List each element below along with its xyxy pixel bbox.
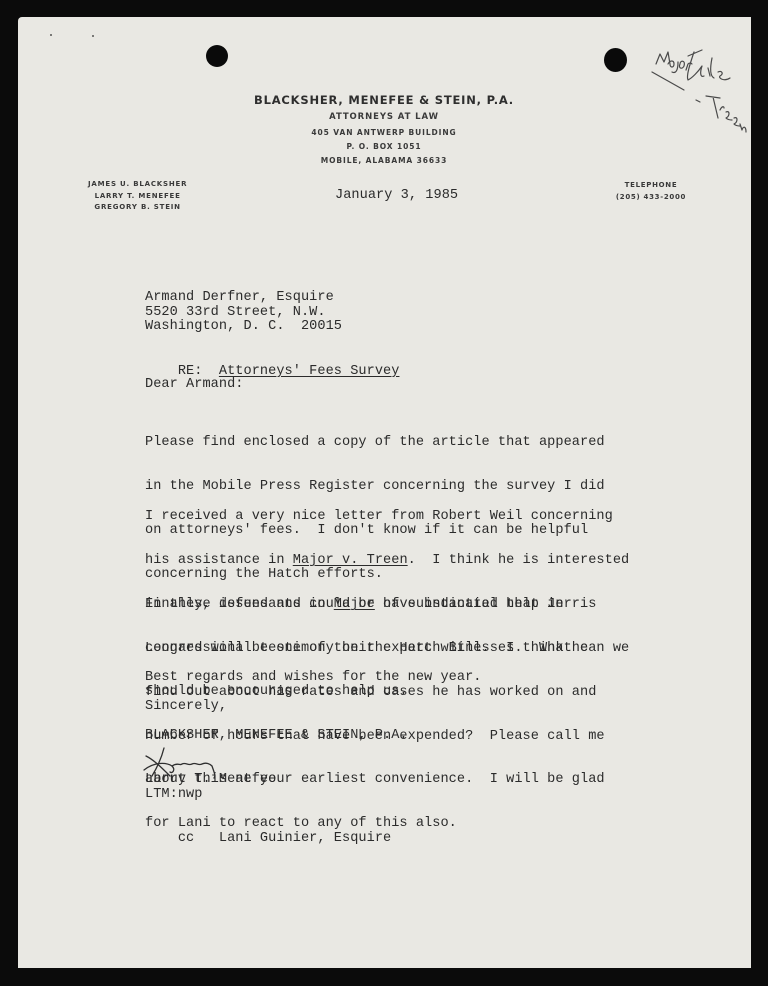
case-name-major-v-treen: Major v. Treen — [293, 553, 408, 568]
body-text: . I think he is interested — [408, 553, 630, 568]
paper-speck — [92, 35, 94, 37]
cc-line: cc Lani Guinier, Esquire — [145, 817, 391, 861]
re-subject: Attorneys' Fees Survey — [219, 364, 400, 379]
closing-line: Best regards and wishes for the new year… — [145, 671, 482, 686]
valediction: Sincerely, — [145, 700, 227, 715]
scanned-document: BLACKSHER, MENEFEE & STEIN, P.A. ATTORNE… — [0, 0, 768, 986]
punch-hole-right — [604, 48, 627, 72]
partner-name: JAMES U. BLACKSHER — [88, 179, 187, 191]
recipient-city: Washington, D. C. 20015 — [145, 320, 342, 335]
firm-address-line-3: MOBILE, ALABAMA 36633 — [0, 156, 768, 165]
firm-address-line-1: 405 VAN ANTWERP BUILDING — [0, 128, 768, 137]
firm-name-heading: BLACKSHER, MENEFEE & STEIN, P.A. — [0, 93, 768, 107]
telephone-block: TELEPHONE (205) 433-2000 — [605, 179, 697, 203]
letter-date: January 3, 1985 — [335, 189, 458, 204]
punch-hole-left — [206, 45, 228, 67]
body-line: Finally, defendants in Major have indica… — [145, 598, 629, 613]
case-name-major: Major — [334, 597, 375, 612]
body-line: Leonard will be one of their expert witn… — [145, 642, 629, 657]
cc-label: cc — [178, 831, 194, 846]
reference-initials: LTM:nwp — [145, 788, 202, 803]
body-text: his assistance in — [145, 553, 293, 568]
telephone-label: TELEPHONE — [605, 179, 697, 191]
cc-recipient: Lani Guinier, Esquire — [219, 831, 391, 846]
telephone-number: (205) 433-2000 — [605, 191, 697, 203]
firm-address-line-2: P. O. BOX 1051 — [0, 142, 768, 151]
body-text: have indicated that Jerris — [375, 597, 597, 612]
body-text: Finally, defendants in — [145, 597, 334, 612]
body-line: I received a very nice letter from Rober… — [145, 510, 629, 525]
salutation: Dear Armand: — [145, 378, 244, 393]
signature-firm-name: BLACKSHER, MENEFEE & STEIN, P.A. — [145, 729, 408, 744]
partner-name: GREGORY B. STEIN — [88, 202, 187, 214]
body-line: Please find enclosed a copy of the artic… — [145, 436, 605, 451]
paper-speck — [50, 34, 52, 36]
body-line: his assistance in Major v. Treen. I thin… — [145, 554, 629, 569]
signer-name: Larry T. Menefee — [145, 773, 276, 788]
firm-subtitle: ATTORNEYS AT LAW — [0, 112, 768, 122]
recipient-name: Armand Derfner, Esquire — [145, 291, 334, 306]
partner-list: JAMES U. BLACKSHER LARRY T. MENEFEE GREG… — [88, 179, 187, 214]
partner-name: LARRY T. MENEFEE — [88, 191, 187, 203]
